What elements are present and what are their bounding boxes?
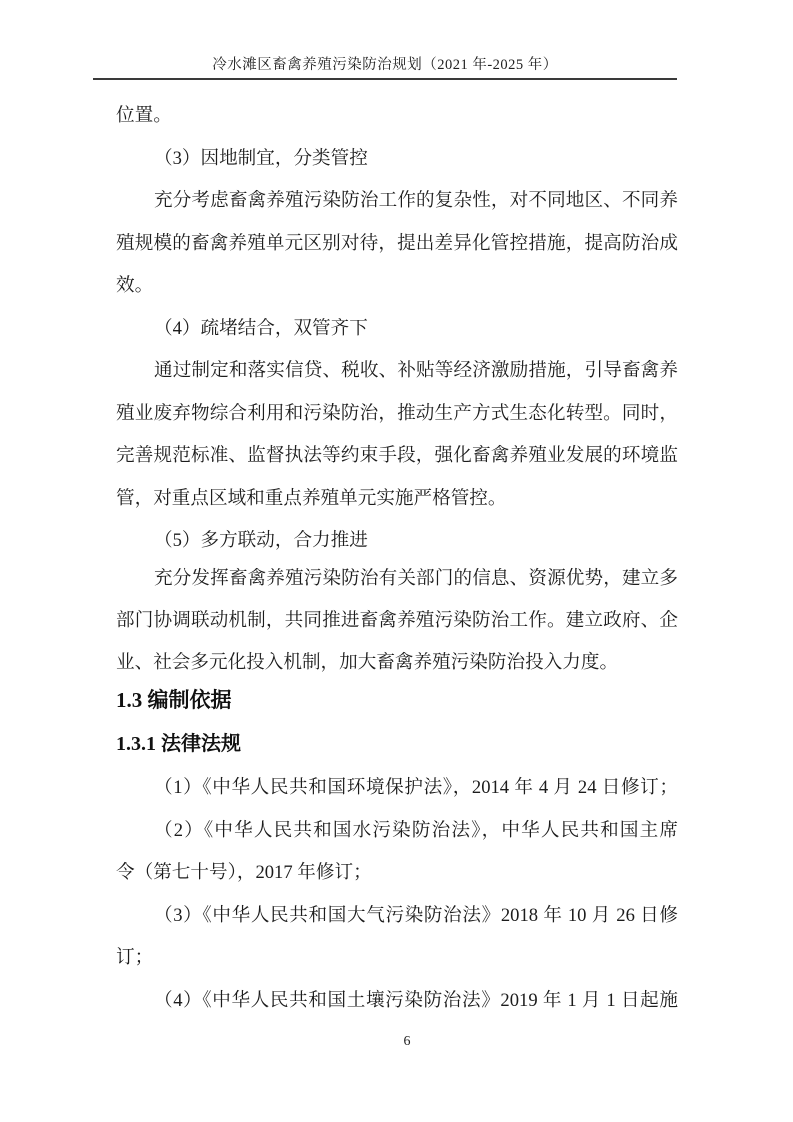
text-line: （2）《中华人民共和国水污染防治法》，中华人民共和国主席 bbox=[116, 818, 678, 844]
text-line: 业、社会多元化投入机制，加大畜禽养殖污染防治投入力度。 bbox=[116, 650, 678, 676]
text-line: 令（第七十号），2017 年修订； bbox=[116, 860, 678, 886]
text-line: 殖规模的畜禽养殖单元区别对待，提出差异化管控措施，提高防治成 bbox=[116, 231, 678, 257]
text-line: （1）《中华人民共和国环境保护法》，2014 年 4 月 24 日修订； bbox=[116, 775, 678, 801]
text-line: 部门协调联动机制，共同推进畜禽养殖污染防治工作。建立政府、企 bbox=[116, 608, 678, 634]
header-rule bbox=[93, 78, 677, 80]
text-line: 充分发挥畜禽养殖污染防治有关部门的信息、资源优势，建立多 bbox=[116, 566, 678, 592]
document-page: 冷水滩区畜禽养殖污染防治规划（2021 年-2025 年） 位置。 （3）因地制… bbox=[0, 0, 793, 1122]
text-line: （3）因地制宜，分类管控 bbox=[116, 146, 678, 172]
text-line: 通过制定和落实信贷、税收、补贴等经济激励措施，引导畜禽养 bbox=[116, 358, 678, 384]
text-line: 充分考虑畜禽养殖污染防治工作的复杂性，对不同地区、不同养 bbox=[116, 188, 678, 214]
text-line: 订； bbox=[116, 945, 678, 971]
text-line: （4）疏堵结合，双管齐下 bbox=[116, 316, 678, 342]
section-heading-1-3: 1.3 编制依据 bbox=[116, 687, 678, 713]
section-heading-1-3-1: 1.3.1 法律法规 bbox=[116, 731, 678, 757]
text-line: 效。 bbox=[116, 273, 678, 299]
text-line: 管，对重点区域和重点养殖单元实施严格管控。 bbox=[116, 486, 678, 512]
text-line: （3）《中华人民共和国大气污染防治法》2018 年 10 月 26 日修 bbox=[116, 903, 678, 929]
page-number: 6 bbox=[116, 1033, 678, 1051]
header-title: 冷水滩区畜禽养殖污染防治规划（2021 年-2025 年） bbox=[93, 55, 677, 75]
text-line: 完善规范标准、监督执法等约束手段，强化畜禽养殖业发展的环境监 bbox=[116, 443, 678, 469]
text-line: 殖业废弃物综合利用和污染防治，推动生产方式生态化转型。同时， bbox=[116, 401, 678, 427]
text-line: （5）多方联动，合力推进 bbox=[116, 528, 678, 554]
text-line: 位置。 bbox=[116, 103, 678, 129]
text-line: （4）《中华人民共和国土壤污染防治法》2019 年 1 月 1 日起施 bbox=[116, 988, 678, 1014]
